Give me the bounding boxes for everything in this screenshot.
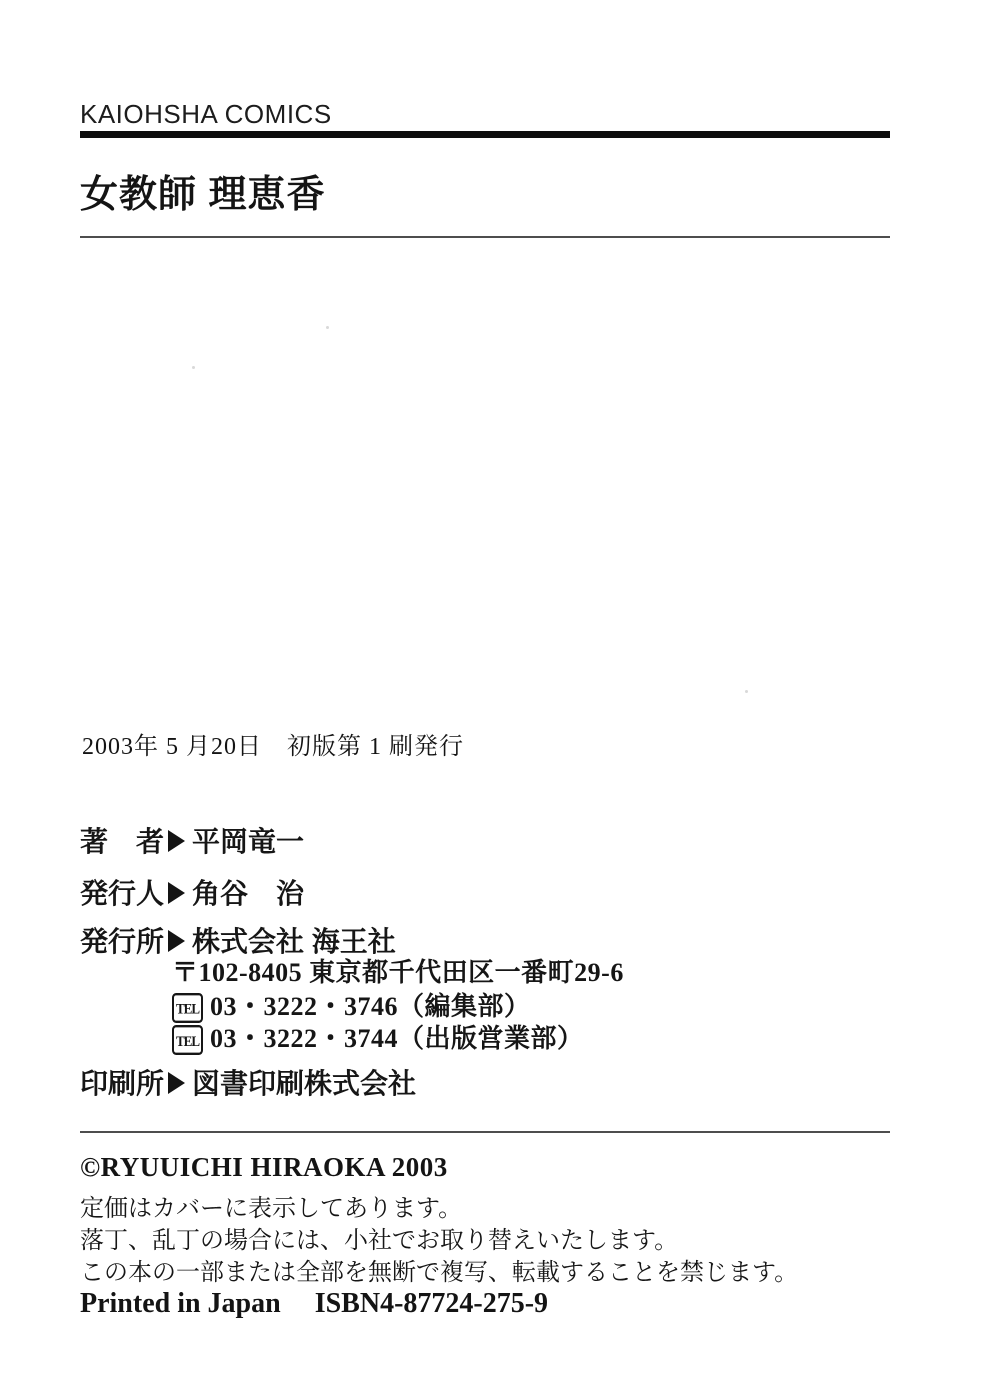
defect-note: 落丁、乱丁の場合には、小社でお取り替えいたします。	[80, 1220, 678, 1255]
publisher-address: 〒102-8405 東京都千代田区一番町29-6	[172, 952, 624, 989]
divider-thin-bottom	[80, 1131, 890, 1133]
publisher-person-name: 角谷 治	[192, 878, 304, 909]
imprint-name: KAIOHSHA COMICS	[80, 99, 332, 130]
tel-sales-dept: （出版営業部）	[398, 1024, 584, 1053]
tel-icon: TEL	[172, 1025, 203, 1055]
isbn-number: ISBN4-87724-275-9	[315, 1288, 548, 1319]
publisher-person-row: 発行人角谷 治	[80, 872, 304, 912]
arrow-right-icon	[168, 930, 185, 952]
scan-speck	[745, 690, 748, 693]
edition-date: 2003年 5 月20日 初版第 1 刷発行	[82, 726, 464, 761]
price-note: 定価はカバーに表示してあります。	[80, 1188, 462, 1223]
colophon-page: KAIOHSHA COMICS 女教師 理恵香 2003年 5 月20日 初版第…	[0, 0, 981, 1400]
author-label: 著 者	[80, 820, 166, 860]
printer-label: 印刷所	[80, 1062, 166, 1102]
arrow-right-icon	[168, 1072, 185, 1094]
tel-editorial-number: 03・3222・3746	[210, 992, 398, 1021]
publisher-person-label: 発行人	[80, 872, 166, 912]
copyright-line: ©RYUUICHI HIRAOKA 2003	[80, 1152, 448, 1183]
scan-speck	[326, 326, 329, 329]
author-name: 平岡竜一	[192, 826, 304, 857]
book-title: 女教師 理恵香	[80, 163, 326, 218]
printer-name: 図書印刷株式会社	[192, 1068, 416, 1099]
reproduction-note: この本の一部または全部を無断で複写、転載することを禁じます。	[80, 1252, 798, 1287]
scan-speck	[192, 366, 195, 369]
tel-sales-row: TEL03・3222・3744（出版営業部）	[172, 1018, 584, 1055]
tel-editorial-dept: （編集部）	[398, 992, 531, 1021]
divider-thick	[80, 131, 890, 138]
divider-thin-top	[80, 236, 890, 238]
author-row: 著 者平岡竜一	[80, 820, 304, 860]
printer-row: 印刷所図書印刷株式会社	[80, 1062, 416, 1102]
tel-sales-number: 03・3222・3744	[210, 1024, 398, 1053]
publisher-label: 発行所	[80, 920, 166, 960]
arrow-right-icon	[168, 882, 185, 904]
printed-in-japan: Printed in Japan	[80, 1288, 281, 1319]
printed-isbn-line: Printed in JapanISBN4-87724-275-9	[80, 1288, 548, 1320]
arrow-right-icon	[168, 830, 185, 852]
